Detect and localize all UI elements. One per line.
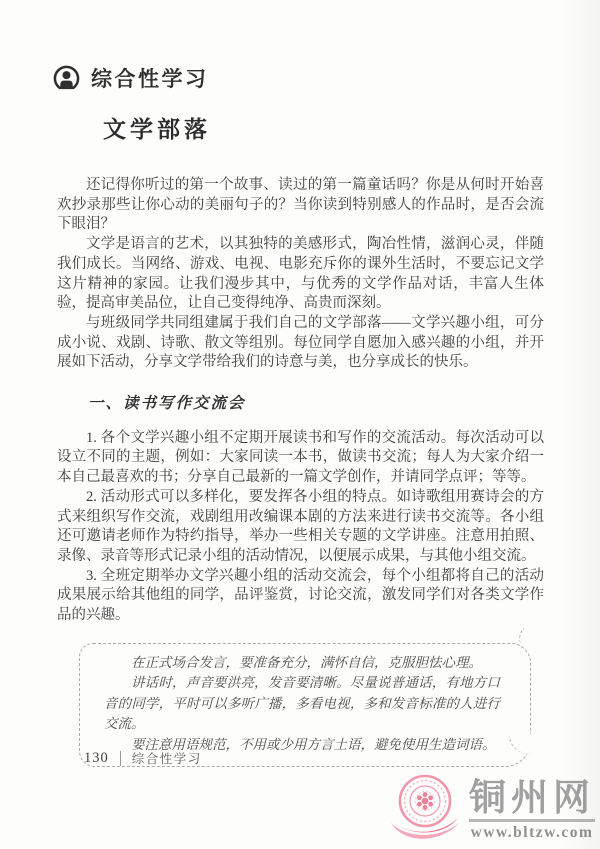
page-number: 130 [84, 750, 109, 767]
section-header-label: 综合性学习 [91, 63, 209, 93]
footer-divider [120, 751, 121, 766]
section-header: 综合性学习 [53, 63, 209, 93]
watermark-site-url: www.bltzw.com [471, 824, 594, 842]
tip-line: 讲话时，声音要洪亮，发音要清晰。尽量说普通话，有地方口音的同学，平时可以多听广播… [104, 673, 500, 735]
page-title: 文学部落 [103, 111, 211, 144]
body-text: 还记得你听过的第一个故事、读过的第一篇童话吗？你是从何时开始喜欢抄录那些让你心动… [57, 176, 544, 767]
seal-ribbon-icon [387, 773, 463, 847]
activity-section-heading: 一、读书写作交流会 [57, 394, 544, 414]
tip-line: 在正式场合发言，要准备充分，满怀自信，克服胆怯心理。 [104, 653, 500, 674]
page-footer: 130 综合性学习 [84, 749, 202, 767]
activity-item: 1. 各个文学兴趣小组不定期开展读书和写作的交流活动。每次活动可以设立不同的主题… [57, 429, 544, 488]
watermark-site-name: 铜州网 [469, 778, 595, 822]
activity-item: 2. 活动形式可以多样化，要发挥各小组的特点。如诗歌组用赛诗会的方式来组织写作交… [57, 488, 544, 567]
activity-item: 3. 全班定期举办文学兴趣小组的活动交流会，每个小组都将自己的活动成果展示给其他… [57, 567, 544, 626]
intro-paragraph: 还记得你听过的第一个故事、读过的第一篇童话吗？你是从何时开始喜欢抄录那些让你心动… [57, 176, 544, 235]
site-watermark: 铜州网 www.bltzw.com [387, 773, 595, 847]
footer-section-label: 综合性学习 [132, 749, 202, 767]
intro-paragraph: 文学是语言的艺术，以其独特的美感形式，陶冶性情，滋润心灵，伴随我们成长。当网络、… [57, 235, 544, 314]
intro-paragraph: 与班级同学共同组建属于我们自己的文学部落——文学兴趣小组，可分成小说、戏剧、诗歌… [57, 314, 544, 373]
person-icon [53, 65, 80, 92]
watermark-text: 铜州网 www.bltzw.com [469, 778, 595, 842]
textbook-page: 综合性学习 文学部落 还记得你听过的第一个故事、读过的第一篇童话吗？你是从何时开… [0, 0, 600, 849]
